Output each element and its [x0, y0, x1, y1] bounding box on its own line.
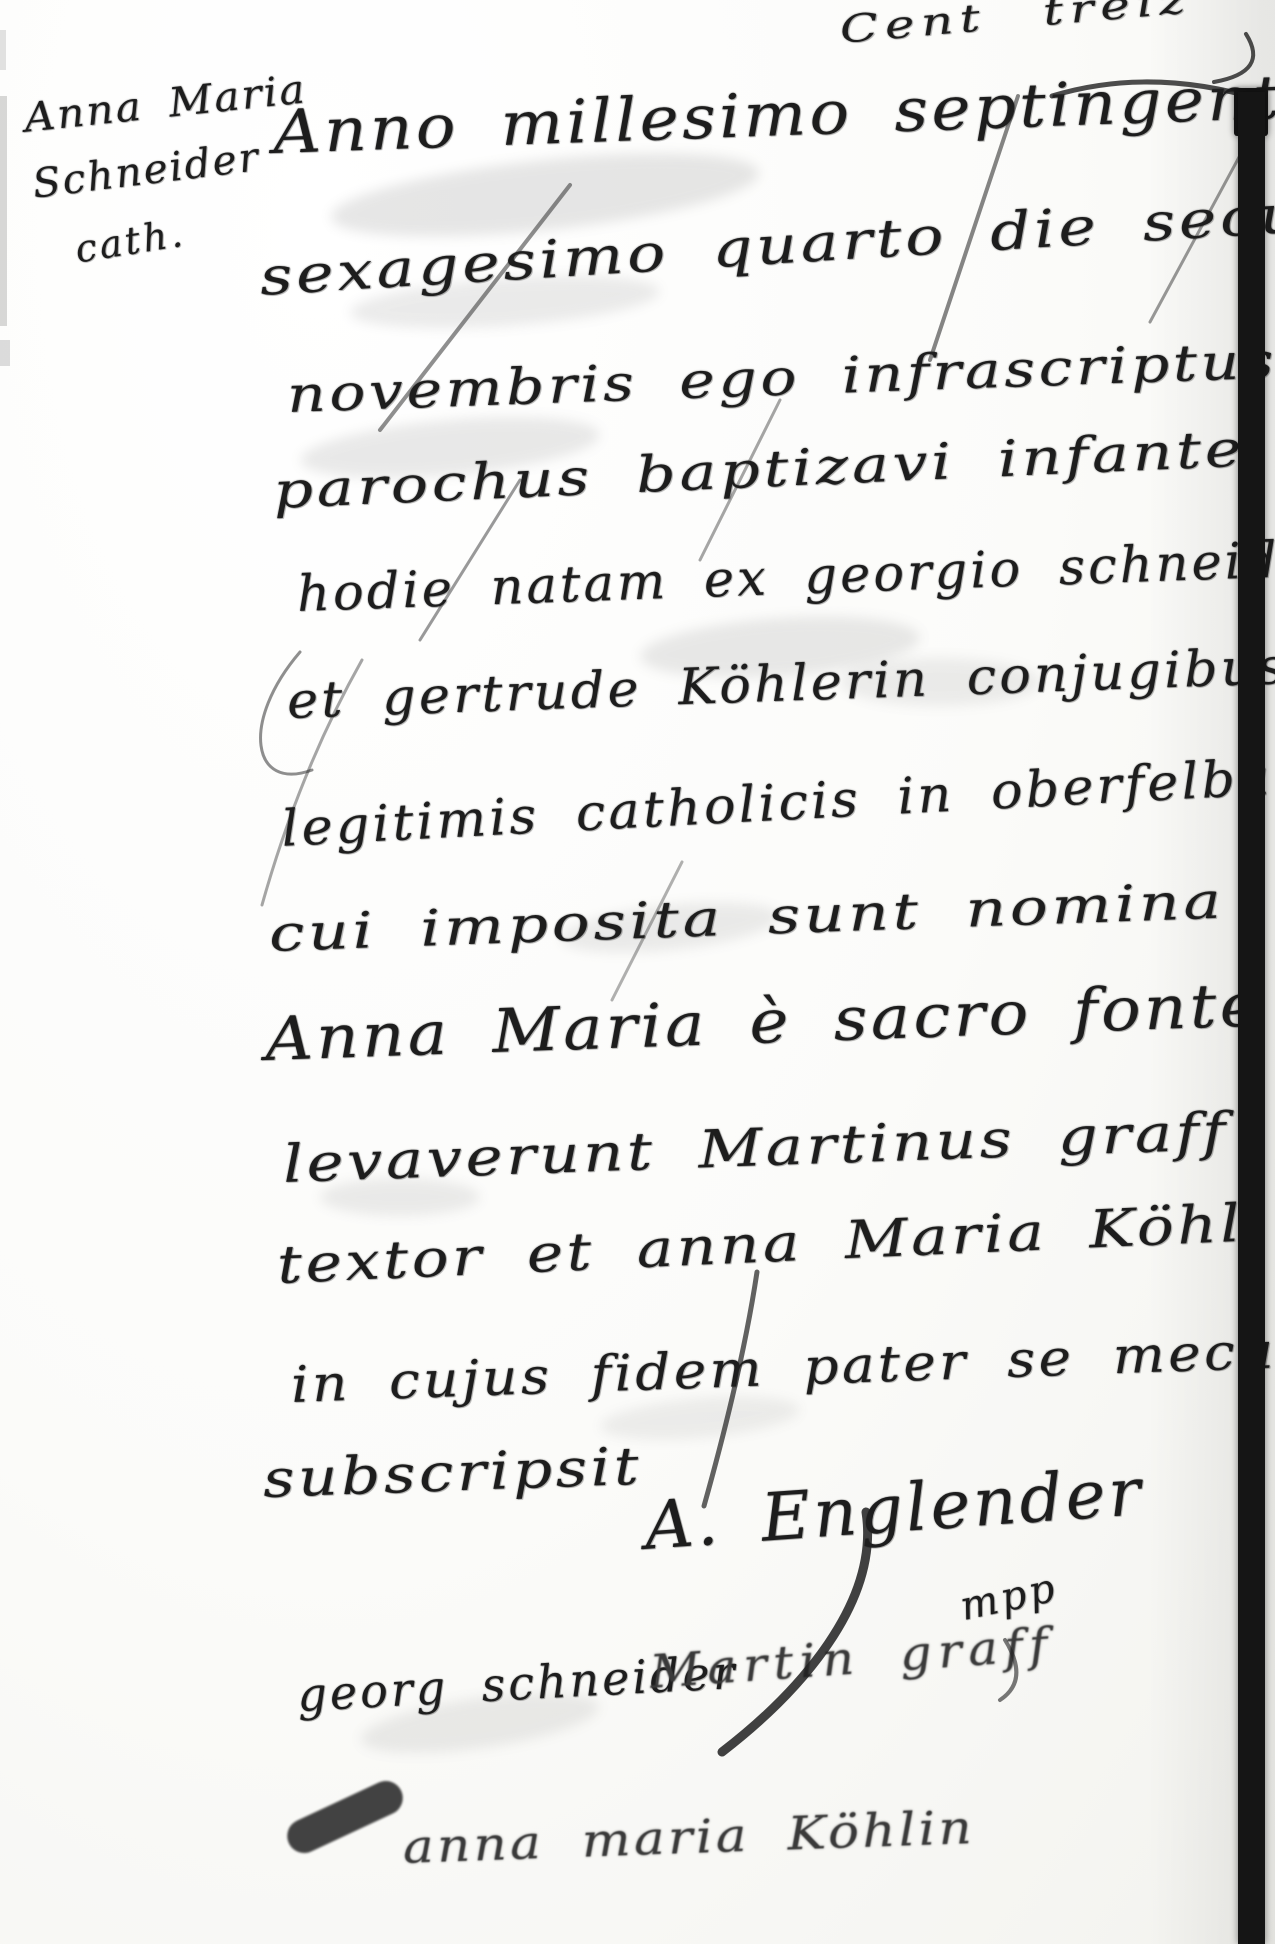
ink-dash — [282, 1775, 409, 1858]
body-line: novembris ego infrascriptus — [286, 331, 1275, 424]
margin-note-name-line: Anna Maria — [22, 66, 309, 141]
margin-note-surname-line: Schneider — [30, 134, 263, 208]
page-edge-mark — [0, 30, 6, 70]
page-edge-mark — [0, 96, 7, 326]
witness-signature: anna maria Köhlin — [402, 1800, 976, 1874]
body-line: hodie natam ex georgio schneider — [296, 529, 1275, 623]
witness-signature: Martin graff — [648, 1617, 1056, 1699]
body-line: levaverunt Martinus graff — [282, 1102, 1230, 1195]
body-line: cui imposita sunt nomina — [268, 872, 1226, 963]
body-line: Anno millesimo septingente — [272, 61, 1275, 168]
body-line: Anna Maria è sacro fonte — [264, 970, 1263, 1075]
manuscript-page: Cent treiz Anna Maria Schneider cath. An… — [0, 0, 1275, 1944]
priest-signature: A. Englender — [642, 1453, 1146, 1565]
body-line: subscripsit — [262, 1437, 643, 1510]
binding-bar — [1238, 92, 1265, 1944]
page-edge-mark — [0, 340, 10, 366]
folio-number: Cent treiz — [838, 0, 1194, 52]
margin-note-religion-line: cath. — [72, 211, 188, 272]
body-line: legitimis catholicis in oberfelba — [280, 748, 1274, 858]
